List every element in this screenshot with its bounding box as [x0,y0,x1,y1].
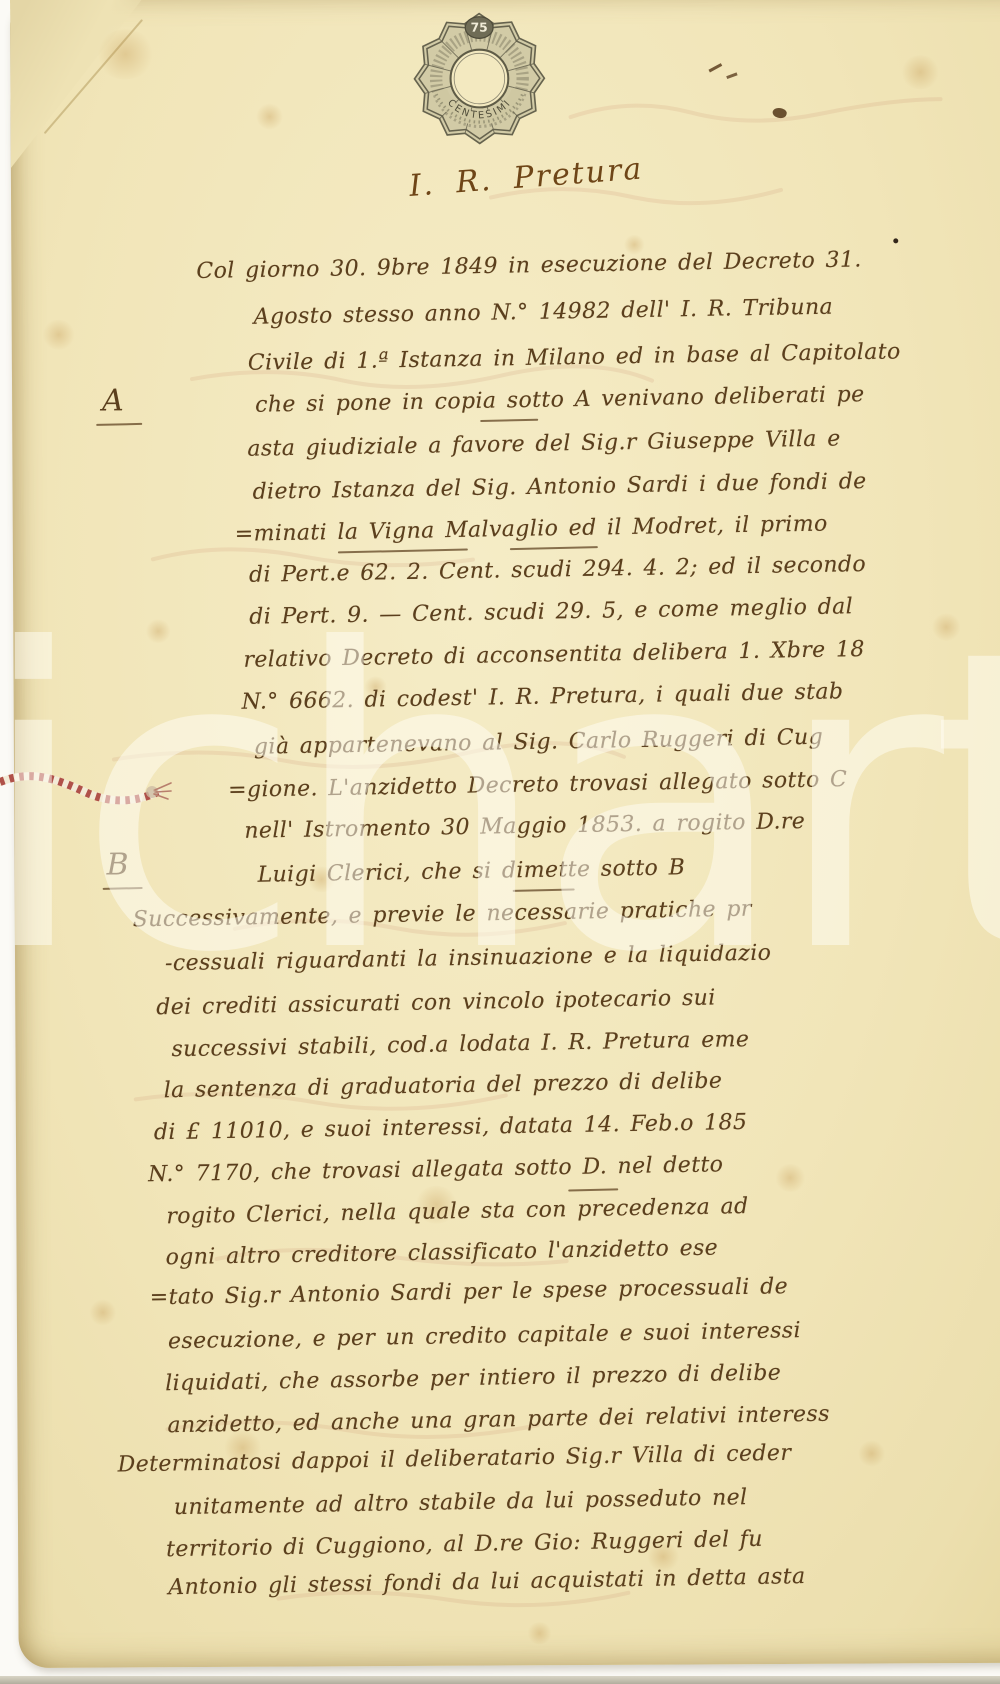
scanner-edge [0,1676,1000,1684]
revenue-stamp-icon: CENTESIMI 75 [412,11,547,146]
binding-thread-icon [0,748,200,838]
ink-speck [893,238,898,243]
scanned-document: CENTESIMI 75 I. R. Pretura A B Col giorn… [0,0,1000,1684]
margin-letter-a: A [102,383,124,418]
stamp-value: 75 [471,21,488,35]
margin-letter-b: B [106,847,128,882]
